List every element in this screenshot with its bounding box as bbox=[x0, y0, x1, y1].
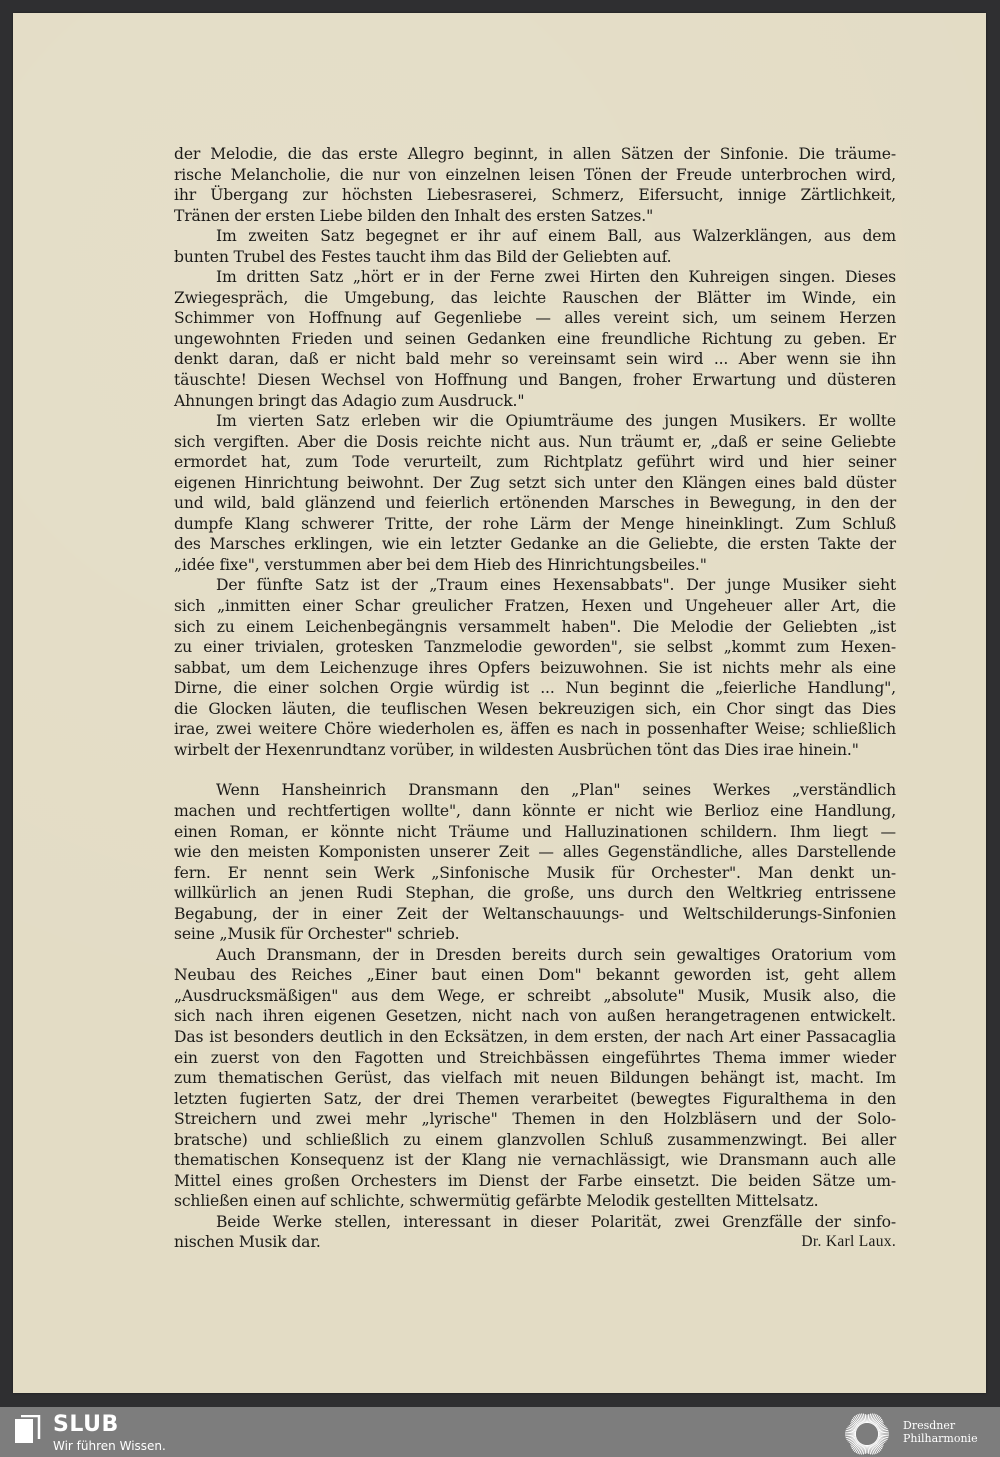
text-line: willkürlich an jenen Rudi Stephan, die g… bbox=[174, 883, 896, 904]
paragraph: der Melodie, die das erste Allegro begin… bbox=[174, 144, 896, 226]
paragraph: Beide Werke stellen, interessant in dies… bbox=[174, 1212, 896, 1253]
text-line: thematischen Konsequenz ist der Klang ni… bbox=[174, 1150, 896, 1171]
text-line: wie den meisten Komponisten unserer Zeit… bbox=[174, 842, 896, 863]
paragraph: Im dritten Satz „hört er in der Ferne zw… bbox=[174, 267, 896, 411]
text-line: Tränen der ersten Liebe bilden den Inhal… bbox=[174, 206, 896, 227]
text-line: sich „inmitten einer Schar greulicher Fr… bbox=[174, 596, 896, 617]
footer-bar: SLUB Wir führen Wissen. Dresdner Philhar… bbox=[0, 1407, 1000, 1457]
text-line: ermordet hat, zum Tode verurteilt, zum R… bbox=[174, 452, 896, 473]
text-line: sich vergiften. Aber die Dosis reichte n… bbox=[174, 432, 896, 453]
text-line: sich zu einem Leichenbegängnis versammel… bbox=[174, 617, 896, 638]
text-line: Begabung, der in einer Zeit der Weltansc… bbox=[174, 904, 896, 925]
text-line: Der fünfte Satz ist der „Traum eines Hex… bbox=[174, 575, 896, 596]
text-line: zum thematischen Gerüst, das vielfach mi… bbox=[174, 1068, 896, 1089]
text-line: zu einer trivialen, grotesken Tanzmelodi… bbox=[174, 637, 896, 658]
text-line: und wild, bald glänzend und feierlich er… bbox=[174, 493, 896, 514]
paragraph: Im zweiten Satz begegnet er ihr auf eine… bbox=[174, 226, 896, 267]
text-line: Das ist besonders deutlich in den Ecksät… bbox=[174, 1027, 896, 1048]
text-line: täuschte! Diesen Wechsel von Hoffnung un… bbox=[174, 370, 896, 391]
text-line: Mittel eines großen Orchesters im Dienst… bbox=[174, 1171, 896, 1192]
dresdner-philharmonie-sunburst-icon bbox=[840, 1410, 894, 1457]
text-line: schließen einen auf schlichte, schwermüt… bbox=[174, 1191, 896, 1212]
partner-name: Dresdner Philharmonie bbox=[903, 1419, 978, 1445]
paragraph: Auch Dransmann, der in Dresden bereits d… bbox=[174, 945, 896, 1212]
text-line: Zwiegespräch, die Umgebung, das leichte … bbox=[174, 288, 896, 309]
paragraph: Der fünfte Satz ist der „Traum eines Hex… bbox=[174, 575, 896, 760]
paragraph: Wenn Hansheinrich Dransmann den „Plan" s… bbox=[174, 780, 896, 944]
library-tagline: Wir führen Wissen. bbox=[53, 1439, 166, 1453]
text-line: irae, zwei weitere Chöre wiederholen es,… bbox=[174, 719, 896, 740]
text-line: Wenn Hansheinrich Dransmann den „Plan" s… bbox=[174, 780, 896, 801]
text-line: wirbelt der Hexenrundtanz vorüber, in wi… bbox=[174, 740, 896, 761]
text-line: Ahnungen bringt das Adagio zum Ausdruck.… bbox=[174, 391, 896, 412]
text-line: der Melodie, die das erste Allegro begin… bbox=[174, 144, 896, 165]
text-line: machen und rechtfertigen wollte", dann k… bbox=[174, 801, 896, 822]
scanned-page: der Melodie, die das erste Allegro begin… bbox=[13, 13, 986, 1393]
partner-name-line2: Philharmonie bbox=[903, 1432, 978, 1445]
text-line: denkt daran, daß er nicht bald mehr so v… bbox=[174, 349, 896, 370]
text-line: bratsche) und schließlich zu einem glanz… bbox=[174, 1130, 896, 1151]
text-line: dumpfe Klang schwerer Tritte, der rohe L… bbox=[174, 514, 896, 535]
text-line: fern. Er nennt sein Werk „Sinfonische Mu… bbox=[174, 863, 896, 884]
text-line: Auch Dransmann, der in Dresden bereits d… bbox=[174, 945, 896, 966]
text-line: Dirne, die einer solchen Orgie würdig is… bbox=[174, 678, 896, 699]
text-line: sabbat, um dem Leichenzuge ihres Opfers … bbox=[174, 658, 896, 679]
text-line: Im zweiten Satz begegnet er ihr auf eine… bbox=[174, 226, 896, 247]
text-line: die Glocken läuten, die teuflischen Wese… bbox=[174, 699, 896, 720]
text-line-with-signature: nischen Musik dar.Dr. Karl Laux. bbox=[174, 1232, 896, 1253]
text-line: „Ausdrucksmäßigen" aus dem Wege, er schr… bbox=[174, 986, 896, 1007]
text-line: seine „Musik für Orchester" schrieb. bbox=[174, 924, 896, 945]
text-line: ihr Übergang zur höchsten Liebesraserei,… bbox=[174, 185, 896, 206]
text-line: einen Roman, er könnte nicht Träume und … bbox=[174, 822, 896, 843]
text-line: letzten fugierten Satz, der drei Themen … bbox=[174, 1089, 896, 1110]
text-line: ein zuerst von den Fagotten und Streichb… bbox=[174, 1048, 896, 1069]
text-line: Im dritten Satz „hört er in der Ferne zw… bbox=[174, 267, 896, 288]
text-line: ungewohnten Frieden und seinen Gedanken … bbox=[174, 329, 896, 350]
partner-name-line1: Dresdner bbox=[903, 1419, 978, 1432]
text-line: des Marsches erklingen, wie ein letzter … bbox=[174, 534, 896, 555]
author-signature: Dr. Karl Laux. bbox=[801, 1232, 896, 1253]
text-line: sich nach ihren eigenen Gesetzen, nicht … bbox=[174, 1006, 896, 1027]
text-line: Streichern und zwei mehr „lyrische" Them… bbox=[174, 1109, 896, 1130]
text-line: Beide Werke stellen, interessant in dies… bbox=[174, 1212, 896, 1233]
text-line: „idée fixe", verstummen aber bei dem Hie… bbox=[174, 555, 896, 576]
text-line: rische Melancholie, die nur von einzelne… bbox=[174, 165, 896, 186]
article-body: der Melodie, die das erste Allegro begin… bbox=[174, 144, 896, 1253]
text-line: Neubau des Reiches „Einer baut einen Dom… bbox=[174, 965, 896, 986]
paragraph: Im vierten Satz erleben wir die Opiumträ… bbox=[174, 411, 896, 575]
text-line: Schimmer von Hoffnung auf Gegenliebe — a… bbox=[174, 308, 896, 329]
library-name: SLUB bbox=[53, 1412, 119, 1437]
slub-book-icon bbox=[13, 1415, 43, 1445]
text-line: nischen Musik dar. bbox=[174, 1232, 321, 1253]
text-line: bunten Trubel des Festes taucht ihm das … bbox=[174, 247, 896, 268]
text-line: Im vierten Satz erleben wir die Opiumträ… bbox=[174, 411, 896, 432]
text-line: eigenen Hinrichtung beiwohnt. Der Zug se… bbox=[174, 473, 896, 494]
